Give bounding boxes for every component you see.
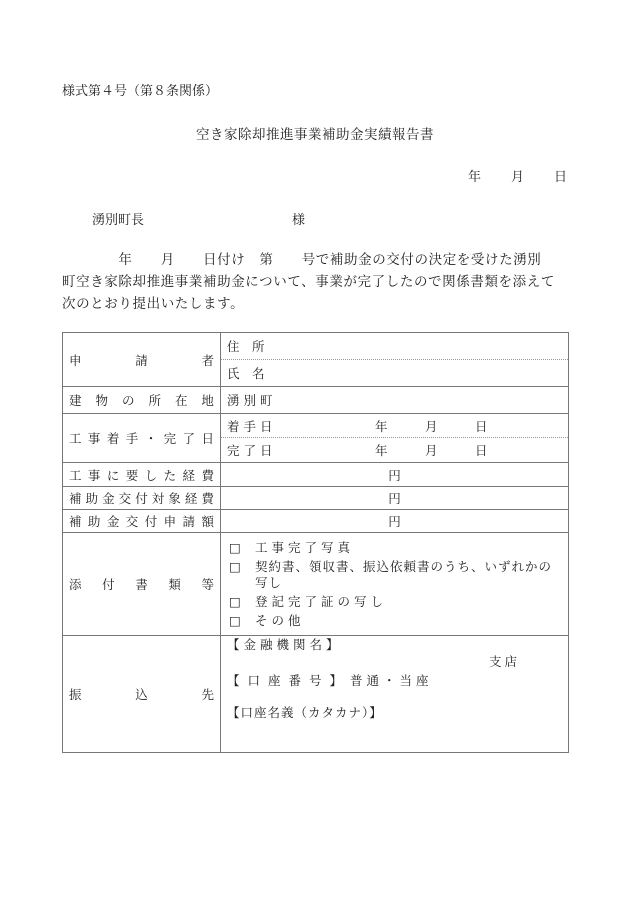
label-char: 着 [107,429,120,447]
start-year: 年 [375,417,388,435]
attachment-item[interactable]: □ 工事完了写真 [229,540,562,556]
checkbox[interactable]: □ [229,559,255,575]
label-char: た [164,466,177,484]
label-char: 助 [88,512,101,530]
label-char: 者 [201,351,214,369]
applicant-label: 申 請 者 [63,333,221,387]
honorific: 様 [292,209,305,228]
institution-field[interactable]: 【金融機関名】 [227,636,562,653]
label-char: 費 [201,489,214,507]
bank-label: 振 込 先 [63,636,221,753]
body-line-2: 町空き家除却推進事業補助金について、事業が完了したので関係書類を添えて [62,271,572,293]
label-char: 付 [135,489,148,507]
construction-cost-row: 工 事 に 要 し た 経 費 円 [63,463,569,487]
attachment-item[interactable]: □ 契約書、領収書、振込依頼書のうち、いずれかの写し [229,559,562,591]
attachment-text: 契約書、領収書、振込依頼書のうち、いずれかの写し [255,559,562,591]
attachments-list: □ 工事完了写真 □ 契約書、領収書、振込依頼書のうち、いずれかの写し □ 登記… [221,533,569,636]
location-row: 建 物 の 所 在 地 湧別町 [63,387,569,414]
branch-label: 支店 [227,653,562,670]
label-char: 物 [95,391,108,409]
eligible-cost-row: 補 助 金 交 付 対 象 経 費 円 [63,487,569,510]
addressee: 湧別町長 様 [92,209,144,228]
checkbox[interactable]: □ [229,594,255,610]
checkbox[interactable]: □ [229,613,255,629]
date-month: 月 [511,166,524,185]
report-table: 申 請 者 住 所 氏 名 建 物 の 所 在 地 [62,332,569,753]
attachment-item[interactable]: □ 登記完了証の写し [229,594,562,610]
applicant-fields: 住 所 氏 名 [221,333,569,387]
label-char: 事 [88,466,101,484]
attachment-text: 登記完了証の写し [255,594,387,610]
eligible-cost-field[interactable]: 円 [221,487,569,510]
name-label: 氏 名 [227,364,265,382]
label-char: ・ [145,429,158,447]
construction-cost-field[interactable]: 円 [221,463,569,487]
label-char: 類 [168,575,181,593]
label-char: 日 [201,429,214,447]
construction-cost-label: 工 事 に 要 し た 経 費 [63,463,221,487]
label-char: 地 [201,391,214,409]
location-value: 湧別町 [227,393,277,408]
label-char: 補 [69,512,82,530]
label-char: 額 [201,512,214,530]
label-char: 付 [145,512,158,530]
attachment-text: その他 [255,613,305,629]
attachment-item[interactable]: □ その他 [229,613,562,629]
address-label: 住 所 [227,337,265,355]
address-field[interactable]: 住 所 [221,333,568,359]
label-char: 工 [69,429,82,447]
bank-fields: 【金融機関名】 支店 【口座番号】普通・当座 【口座名義（カタカナ）】 [221,636,569,753]
bank-row: 振 込 先 【金融機関名】 支店 【口座番号】普通・当座 【口座名義（カタカナ）… [63,636,569,753]
label-char: 添 [69,575,82,593]
label-char: 建 [69,391,82,409]
requested-amount-field[interactable]: 円 [221,510,569,533]
start-date-field[interactable]: 着手日 年 月 日 [221,414,568,437]
label-char: 交 [119,489,132,507]
start-month: 月 [425,417,438,435]
label-char: 経 [185,489,198,507]
yen-unit: 円 [388,491,401,506]
label-char: し [145,466,158,484]
checkbox[interactable]: □ [229,540,255,556]
label-char: 完 [164,429,177,447]
requested-amount-row: 補 助 金 交 付 申 請 額 円 [63,510,569,533]
label-char: 助 [86,489,99,507]
label-char: 付 [102,575,115,593]
account-holder-field[interactable]: 【口座名義（カタカナ）】 [227,704,562,721]
label-char: 振 [69,685,82,703]
label-char: 経 [183,466,196,484]
yen-unit: 円 [388,514,401,529]
label-char: の [122,391,135,409]
attachments-label: 添 付 書 類 等 [63,533,221,636]
label-char: 書 [135,575,148,593]
label-char: 請 [135,351,148,369]
end-year: 年 [375,441,388,459]
construction-dates-row: 工 事 着 手 ・ 完 了 日 着手日 年 月 日 完了日 年 月 日 [63,414,569,463]
label-char: 事 [88,429,101,447]
construction-dates-label: 工 事 着 手 ・ 完 了 日 [63,414,221,463]
label-char: 込 [135,685,148,703]
label-char: 申 [164,512,177,530]
yen-unit: 円 [388,468,401,483]
attachments-row: 添 付 書 類 等 □ 工事完了写真 □ 契約書、領収書、振込依頼書のうち、いず… [63,533,569,636]
label-char: 金 [107,512,120,530]
end-date-label: 完了日 [227,441,277,459]
date-year: 年 [468,166,481,185]
account-type[interactable]: 普通・当座 [350,673,433,688]
end-date-field[interactable]: 完了日 年 月 日 [221,437,568,462]
applicant-row: 申 請 者 住 所 氏 名 [63,333,569,387]
body-line-1: 年 月 日付け 第 号で補助金の交付の決定を受けた湧別 [62,249,572,271]
label-char: 申 [69,351,82,369]
label-char: 金 [102,489,115,507]
label-char: 在 [175,391,188,409]
attachment-text: 工事完了写真 [255,540,354,556]
label-char: 補 [69,489,82,507]
label-char: 象 [168,489,181,507]
account-number-label: 【口座番号】 [227,673,350,688]
label-char: 要 [126,466,139,484]
label-char: 請 [183,512,196,530]
label-char: 手 [126,429,139,447]
label-char: に [107,466,120,484]
start-date-label: 着手日 [227,417,277,435]
location-label: 建 物 の 所 在 地 [63,387,221,414]
submission-date: 年月日 [468,166,567,185]
name-field[interactable]: 氏 名 [221,359,568,386]
account-number-field[interactable]: 【口座番号】普通・当座 [227,672,562,689]
start-day: 日 [475,417,488,435]
label-char: 先 [201,685,214,703]
location-field[interactable]: 湧別町 [221,387,569,414]
body-line-3: 次のとおり提出いたします。 [62,293,572,315]
construction-dates-fields: 着手日 年 月 日 完了日 年 月 日 [221,414,569,463]
form-number: 様式第４号（第８条関係） [62,80,218,99]
label-char: 対 [152,489,165,507]
eligible-cost-label: 補 助 金 交 付 対 象 経 費 [63,487,221,510]
label-char: 費 [201,466,214,484]
addressee-name: 湧別町長 [92,213,144,228]
document-title: 空き家除却推進事業補助金実績報告書 [0,123,630,143]
label-char: 等 [201,575,214,593]
end-day: 日 [475,441,488,459]
label-char: 所 [148,391,161,409]
body-paragraph: 年 月 日付け 第 号で補助金の交付の決定を受けた湧別 町空き家除却推進事業補助… [62,249,572,315]
label-char: 工 [69,466,82,484]
label-char: 了 [183,429,196,447]
end-month: 月 [425,441,438,459]
requested-amount-label: 補 助 金 交 付 申 請 額 [63,510,221,533]
label-char: 交 [126,512,139,530]
date-day: 日 [554,166,567,185]
